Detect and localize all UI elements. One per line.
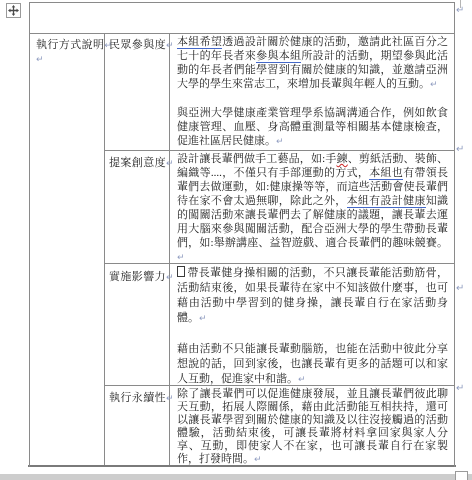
- paragraph: 藉由活動不只能讓長輩動腦筋，也能在活動中彼此分享想說的話，回到家後，也讓長輩有更…: [177, 342, 448, 388]
- paragraph-mark: ↵: [430, 80, 438, 90]
- paragraph-mark: ↵: [199, 314, 207, 324]
- text-segment: 本組希望: [177, 36, 222, 49]
- paragraph: 除了讓長輩們可以促進健康發展，並且讓長輩們彼此聊天互動，拓展人際關係，藉由此活動…: [177, 388, 448, 467]
- paragraph-mark: ↵: [166, 159, 174, 169]
- table-move-handle[interactable]: [6, 3, 21, 18]
- paragraph: 與亞洲大學健康產業管理學系協調溝通合作，例如飲食健康管理、血壓、身高體重測量等相…: [177, 106, 448, 149]
- text-segment: 設計讓長輩們做手工藝品，如:手: [177, 153, 337, 165]
- text-segment: 除了讓長輩們可以促進健康發展，並且讓長輩們彼此聊天互動，拓展人際關係，藉由此活動…: [177, 388, 448, 465]
- criteria-label-participation[interactable]: 民眾參與度↵: [109, 36, 174, 52]
- paragraph: 本組希望透過設計關於健康的活動，邀請此社區百分之七十的年長者來參與本組所設計的活…: [177, 35, 448, 92]
- merged-cell-execution-method[interactable]: 執行方式說明↵: [36, 36, 112, 52]
- paragraph-mark: ↵: [166, 41, 174, 51]
- word-document-page: 執行方式說明↵ ↵ 民眾參與度↵ 提案創意度↵ 實施影響力↵ 執行永續性↵ 本組…: [0, 0, 472, 480]
- paragraph-mark: ↵: [177, 253, 185, 263]
- criteria-label-sustainability[interactable]: 執行永續性↵: [109, 389, 174, 405]
- table-resize-handle[interactable]: [455, 471, 468, 480]
- paragraph-mark: ↵: [254, 455, 262, 465]
- text-segment: 帶長輩健身操相關的活動，不只讓長輩能活動筋骨，活動結束後，如果長輩待在家中不知該…: [177, 267, 448, 324]
- criteria-label-creativity[interactable]: 提案創意度↵: [109, 154, 174, 170]
- end-of-row-mark: ↵: [456, 383, 464, 394]
- missing-glyph-box: [177, 266, 185, 277]
- cell-body-sustainability[interactable]: 除了讓長輩們可以促進健康發展，並且讓長輩們彼此聊天互動，拓展人際關係，藉由此活動…: [177, 388, 448, 467]
- paragraph-mark: ↵: [276, 137, 284, 147]
- text-segment: 鍊: [337, 153, 348, 165]
- empty-paragraph[interactable]: ↵: [36, 53, 44, 65]
- paragraph-mark: ↵: [166, 394, 174, 404]
- paragraph: 帶長輩健身操相關的活動，不只讓長輩能活動筋骨，活動結束後，如果長輩待在家中不知該…: [177, 266, 448, 327]
- criteria-label-impact[interactable]: 實施影響力↵: [109, 268, 174, 284]
- cell-body-participation[interactable]: 本組希望透過設計關於健康的活動，邀請此社區百分之七十的年長者來參與本組所設計的活…: [177, 35, 448, 149]
- paragraph-mark: ↵: [298, 375, 306, 385]
- paragraph-mark: ↵: [166, 273, 174, 283]
- bottom-boundary-band: [0, 474, 472, 480]
- criteria-label-text: 民眾參與度: [109, 39, 166, 51]
- text-segment: 與亞洲大學健康產業管理學系協調溝通合作，例如飲食健康管理、血壓、身高體重測量等相…: [177, 107, 448, 147]
- end-of-row-mark: ↵: [456, 144, 464, 155]
- end-of-row-mark: ↵: [456, 283, 464, 294]
- cell-body-creativity[interactable]: 設計讓長輩們做手工藝品，如:手鍊、剪紙活動、裝飾、編織等....，不僅只有手部運…: [177, 152, 448, 265]
- table-border-right: [454, 2, 455, 467]
- four-way-arrow-icon: [8, 5, 19, 16]
- row-divider-header[interactable]: [29, 33, 455, 34]
- text-segment: 參與本組: [256, 50, 301, 63]
- column-divider-1[interactable]: [104, 33, 105, 465]
- table-border-left: [29, 2, 30, 467]
- text-segment: 本組也: [369, 167, 403, 180]
- text-segment: 藉由活動不只能讓長輩動腦筋，也能在活動中彼此分享想說的話，回到家後，也讓長輩有更…: [177, 343, 448, 385]
- cell-body-impact[interactable]: 帶長輩健身操相關的活動，不只讓長輩能活動筋骨，活動結束後，如果長輩待在家中不知該…: [177, 266, 448, 388]
- row-divider-1[interactable]: [104, 150, 455, 151]
- merged-cell-label: 執行方式說明: [36, 39, 104, 51]
- criteria-label-text: 提案創意度: [109, 157, 166, 169]
- text-segment: 本組有設計健康: [347, 195, 426, 208]
- table-border-top: [29, 2, 455, 3]
- paragraph: 設計讓長輩們做手工藝品，如:手鍊、剪紙活動、裝飾、編織等....，不僅只有手部運…: [177, 152, 448, 265]
- end-of-row-mark: ↵: [456, 5, 464, 16]
- paragraph-mark: ↵: [36, 55, 44, 65]
- criteria-label-text: 執行永續性: [109, 392, 166, 404]
- criteria-label-text: 實施影響力: [109, 271, 166, 283]
